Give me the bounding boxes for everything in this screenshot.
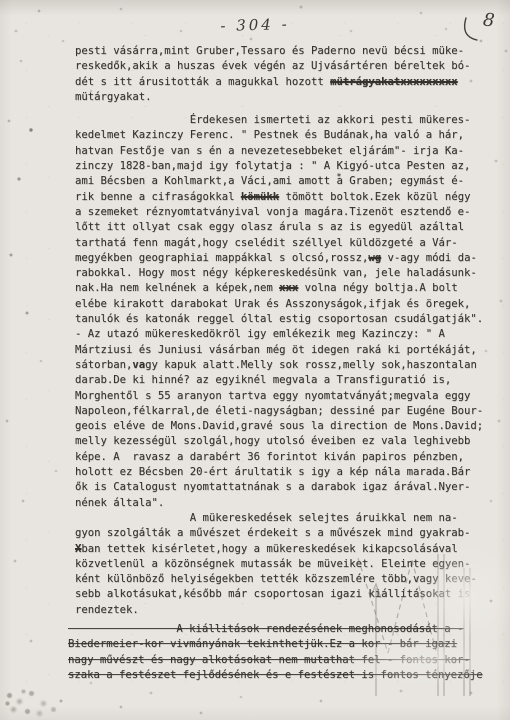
typed-segment: gyon szolgálták a művészet érdekeit s a … <box>75 527 470 539</box>
typed-segment: pesti vásárra,mint Gruber,Tessaro és Pad… <box>75 45 464 57</box>
typed-segment: dét s itt árusitották a magukkal hozott <box>75 76 330 88</box>
typed-line: rabokkal. Hogy most négy képkereskedésün… <box>75 266 487 281</box>
typed-segment: ként különböző helyiségekben tették közs… <box>75 573 477 585</box>
typed-line: kedelmet Kazinczy Ferenc. " Pestnek és B… <box>75 128 487 143</box>
typed-line: A mükereskedések selejtes áruikkal nem n… <box>75 511 487 526</box>
typed-line: tarthatá fenn magát,hogy cselédit szélly… <box>75 236 487 251</box>
typed-segment: szaka a festészet fejlődésének és e fest… <box>68 669 483 681</box>
typed-line: elébe kirakott darabokat Urak és Asszony… <box>75 297 487 312</box>
typed-line: dét s itt árusitották a magukkal hozott … <box>75 75 487 90</box>
typed-line: - Az utazó mükereskedökröl igy emlékezik… <box>75 327 487 342</box>
typed-segment: A mükereskedések selejtes áruikkal nem n… <box>75 512 458 524</box>
scanned-page: - 304 - 8 pesti vásárra,mint Gruber,Tess… <box>0 0 510 720</box>
typed-segment: - Az utazó mükereskedökröl igy emlékezik… <box>75 328 445 340</box>
typed-segment: nének általa". <box>75 497 164 509</box>
typed-segment: elébe kirakott darabokat Urak és Asszony… <box>75 298 470 310</box>
typed-segment: képe. A ravasz a darabért 36 forintot ki… <box>75 451 464 463</box>
typed-segment: Érdekesen ismerteti az akkori pesti müke… <box>75 114 470 126</box>
typed-line: lőtt itt ollyat csak eggy olasz árula s … <box>75 220 487 235</box>
typed-line: Xban tettek kisérletet,hogy a mükeresked… <box>75 542 487 557</box>
typed-segment: gy kapuk alatt.Melly sok rossz,melly sok… <box>145 359 477 371</box>
typed-line: képe. A ravasz a darabért 36 forintot ki… <box>75 450 487 465</box>
typed-segment: reskedők,akik a huszas évek végén az Ujv… <box>75 60 470 72</box>
typed-segment: volna négy boltja.A bolt <box>298 282 457 294</box>
typed-line: rik benne a cifraságokkal kömükk tömött … <box>75 190 487 205</box>
typed-line: darab.De ki hinné? az egyiknél megvala a… <box>75 373 487 388</box>
typed-segment: rabokkal. Hogy most négy képkereskedésün… <box>75 267 477 279</box>
typed-line: mütárgyakat. <box>75 90 487 105</box>
handwritten-page-number: - 304 - <box>0 9 510 40</box>
typed-segment: Mártziusi és Juniusi vásárban még öt ide… <box>75 344 477 356</box>
typed-line: Morghentől s 55 aranyon tartva eggy nyom… <box>75 389 487 404</box>
typed-segment: mütárgyakat. <box>75 91 152 103</box>
typed-line: nagy művészt és nagy alkotásokat nem mut… <box>68 653 487 668</box>
typed-segment: rik benne a cifraságokkal <box>75 191 241 203</box>
typed-segment: sátorban, <box>75 359 132 371</box>
typed-segment: ban tettek kisérletet,hogy a mükereskedé… <box>81 543 457 555</box>
typed-line: melly kezességül szolgál,hogy utolsó éve… <box>75 434 487 449</box>
typed-segment: A kiállitások rendezésének meghonosodásá… <box>68 623 463 635</box>
typed-segment-xover: wg <box>368 252 381 264</box>
typed-segment-xover: mütrágyakatxxxxxxxxx <box>330 76 458 88</box>
typed-segment: megyékben geographiai mappákkal s olcsó,… <box>75 252 368 264</box>
typed-line: Napoleon,félkarral,de életi-nagyságban; … <box>75 404 487 419</box>
typed-segment: a szemeket réznyomtatványival vonja magá… <box>75 206 470 218</box>
typed-segment: zinczy 1828-ban,majd igy folytatja : " A… <box>75 160 470 172</box>
typed-segment: tanulók és katonák reggel óltal estig cs… <box>75 313 483 325</box>
typed-line: rendeztek. <box>75 603 487 618</box>
typed-line: közvetlenül a közönségnek mutassák be mü… <box>75 557 487 572</box>
typed-line: ami Bécsben a Kohlmarkt,a Váci,ami amott… <box>75 174 487 189</box>
typed-segment-xover: kömükk <box>241 191 279 203</box>
typed-line: hatvan Festője van s én a nevezetesebbek… <box>75 144 487 159</box>
typed-line: gyon szolgálták a művészet érdekeit s a … <box>75 526 487 541</box>
typed-segment: közvetlenül a közönségnek mutassák be mü… <box>75 558 470 570</box>
handwritten-corner-number: 8 <box>481 9 495 31</box>
typed-line: sebb alkotásukat,később már csoportosan … <box>75 587 487 602</box>
typed-segment: kedelmet Kazinczy Ferenc. " Pestnek és B… <box>75 129 464 141</box>
paragraph-p3: A mükereskedések selejtes áruikkal nem n… <box>75 511 487 618</box>
typed-line: reskedők,akik a huszas évek végén az Ujv… <box>75 59 487 74</box>
typed-line: ként különböző helyiségekben tették közs… <box>75 572 487 587</box>
typed-line: A kiállitások rendezésének meghonosodásá… <box>68 622 487 637</box>
typed-segment: holott ez Bécsben 20-ért árultatik s igy… <box>75 466 470 478</box>
typed-line: a szemeket réznyomtatványival vonja magá… <box>75 205 487 220</box>
typed-line: Érdekesen ismerteti az akkori pesti müke… <box>75 113 487 128</box>
typed-line: szaka a festészet fejlődésének és e fest… <box>68 668 487 683</box>
typed-line: geois eléve de Mons.David,gravé sous la … <box>75 419 487 434</box>
typed-line: pesti vásárra,mint Gruber,Tessaro és Pad… <box>75 44 487 59</box>
typed-segment: ők is Catalogust nyomtattatnának s a dar… <box>75 481 470 493</box>
typed-segment: Morghentől s 55 aranyon tartva eggy nyom… <box>75 390 470 402</box>
typed-segment: Napoleon,félkarral,de életi-nagyságban; … <box>75 405 483 417</box>
paper-speckles <box>0 0 2 2</box>
typed-line: nak.Ha nem kelnének a képek,nem xxx voln… <box>75 281 487 296</box>
typed-segment: ami Bécsben a Kohlmarkt,a Váci,ami amott <box>75 175 337 187</box>
paragraph-p4: A kiállitások rendezésének meghonosodásá… <box>68 622 487 683</box>
typed-line: megyékben geographiai mappákkal s olcsó,… <box>75 251 487 266</box>
typed-segment: geois eléve de Mons.David,gravé sous la … <box>75 420 483 432</box>
corner-pen-stroke <box>462 16 482 44</box>
typed-line: zinczy 1828-ban,majd igy folytatja : " A… <box>75 159 487 174</box>
typed-line: ők is Catalogust nyomtattatnának s a dar… <box>75 480 487 495</box>
typed-line: sátorban,vagy kapuk alatt.Melly sok ross… <box>75 358 487 373</box>
typed-segment-bold: va <box>132 359 145 371</box>
typed-segment: darab.De ki hinné? az egyiknél megvala a… <box>75 374 451 386</box>
typed-text: pesti vásárra,mint Gruber,Tessaro és Pad… <box>75 44 487 683</box>
typed-segment: a Graben; egymást é- <box>337 175 465 187</box>
typed-segment: hatvan Festője van s én a nevezetesebbek… <box>75 145 464 157</box>
typed-segment: sebb alkotásukat,később már csoportosan … <box>75 588 470 600</box>
typed-segment: tarthatá fenn magát,hogy cselédit szélly… <box>75 237 458 249</box>
typed-segment: lőtt itt ollyat csak eggy olasz árula s … <box>75 221 464 233</box>
typed-line: tanulók és katonák reggel óltal estig cs… <box>75 312 487 327</box>
typed-line: holott ez Bécsben 20-ért árultatik s igy… <box>75 465 487 480</box>
typed-line: nének általa". <box>75 496 487 511</box>
paragraph-p2: Érdekesen ismerteti az akkori pesti müke… <box>75 113 487 511</box>
typed-segment: tömött boltok.Ezek közül négy <box>279 191 470 203</box>
typed-segment: v-agy módi da- <box>381 252 477 264</box>
typed-line: Biedermeier-kor vivmányának tekinthetjük… <box>68 637 487 652</box>
typed-segment: nak.Ha nem kelnének a képek,nem <box>75 282 279 294</box>
typed-segment: melly kezességül szolgál,hogy utolsó éve… <box>75 435 470 447</box>
typed-line: Mártziusi és Juniusi vásárban még öt ide… <box>75 343 487 358</box>
typed-segment: nagy művészt és nagy alkotásokat nem mut… <box>68 654 470 666</box>
typed-segment-xover: xxx <box>279 282 298 294</box>
typed-segment: rendeztek. <box>75 604 139 616</box>
paragraph-p1: pesti vásárra,mint Gruber,Tessaro és Pad… <box>75 44 487 105</box>
corner-smudge <box>2 682 5 685</box>
typed-segment: Biedermeier-kor vivmányának tekinthetjük… <box>68 638 457 650</box>
